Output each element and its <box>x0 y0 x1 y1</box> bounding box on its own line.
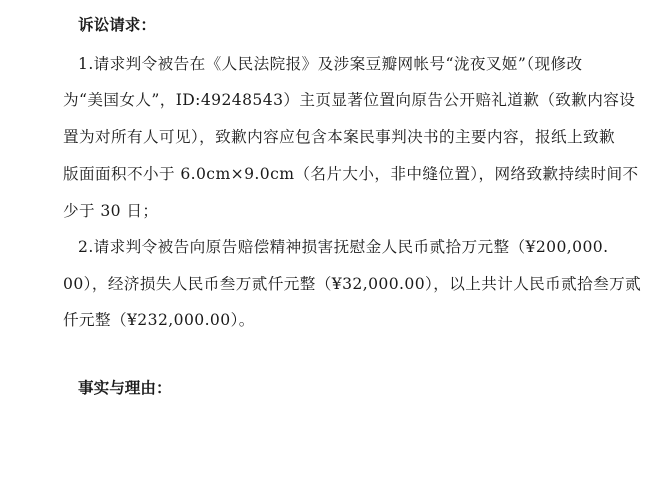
claim2-line: 00），经济损失人民币叁万贰仟元整（¥32,000.00），以上共计人民币贰拾叁… <box>63 272 641 294</box>
section-heading-claims: 诉讼请求： <box>78 13 156 35</box>
claim1-line: 置为对所有人可见），致歉内容应包含本案民事判决书的主要内容，报纸上致歉 <box>63 125 615 147</box>
claim2-line: 仟元整（¥232,000.00）。 <box>63 308 255 330</box>
claim1-line: 为“美国女人”，ID:49248543）主页显著位置向原告公开赔礼道歉（致歉内容… <box>63 88 635 110</box>
claim1-line: 1.请求判令被告在《人民法院报》及涉案豆瓣网帐号“泷夜叉姬”（现修改 <box>78 52 582 74</box>
claim1-line: 版面面积不小于 6.0cm×9.0cm（名片大小，非中缝位置），网络致歉持续时间… <box>63 162 638 184</box>
claim1-line: 少于 30 日； <box>63 199 158 221</box>
claim2-line: 2.请求判令被告向原告赔偿精神损害抚慰金人民币贰拾万元整（¥200,000. <box>78 235 608 257</box>
section-heading-facts: 事实与理由： <box>78 376 172 398</box>
